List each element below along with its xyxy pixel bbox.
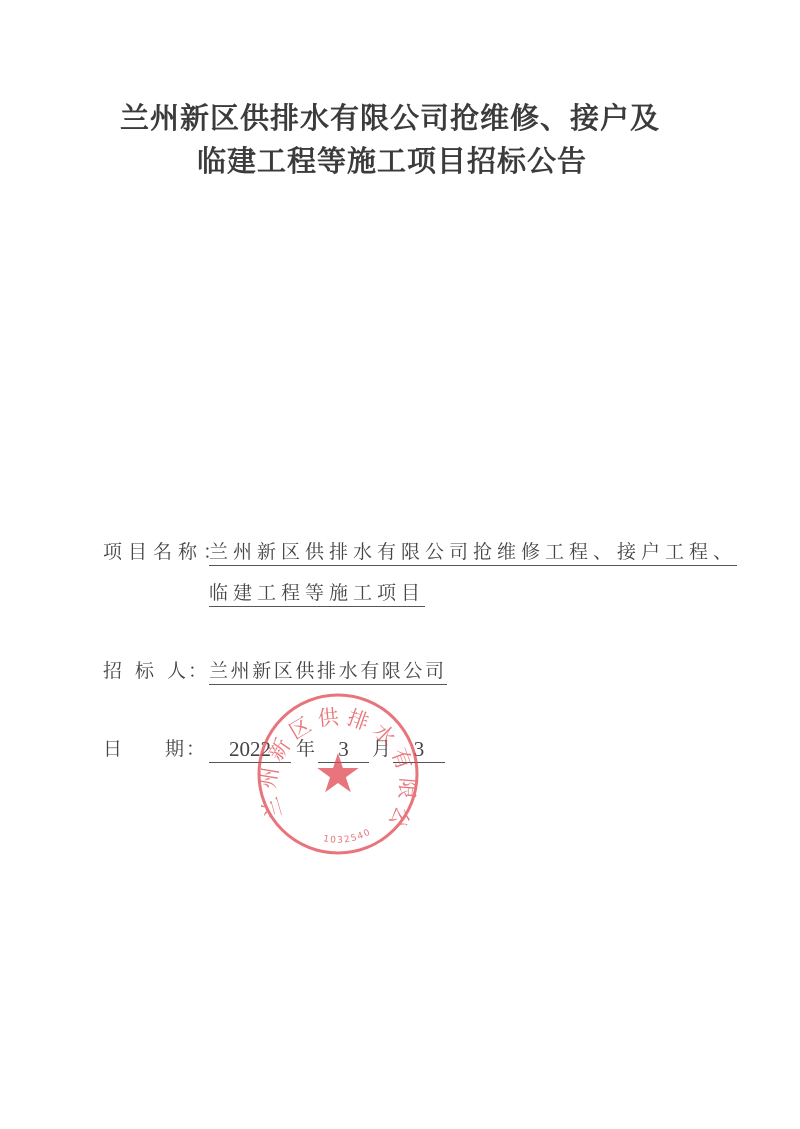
seal-serial-number: 1032540 (322, 827, 373, 846)
tenderer-label-char-3: 人： (167, 659, 209, 683)
document-title-line-2: 临建工程等施工项目招标公告 (197, 144, 587, 178)
official-seal-stamp: 兰州新区供排水有限公司 ★ 1032540 (256, 692, 420, 856)
document-title-line-1: 兰州新区供排水有限公司抢维修、接户及 (120, 101, 660, 135)
date-day: 3 (393, 737, 445, 763)
date-month: 3 (318, 737, 369, 763)
date-label-char-2: 期： (165, 737, 207, 761)
project-name-value-line-2: 临建工程等施工项目 (209, 581, 425, 607)
date-label-char-1: 日 (103, 737, 122, 761)
project-name-row: 项目名称： 兰州新区供排水有限公司抢维修工程、接户工程、 临建工程等施工项目 (0, 540, 800, 610)
tenderer-row: 招 标 人： 兰州新区供排水有限公司 (0, 659, 800, 689)
date-row: 日 期： 2022 年 3 月 3 (0, 737, 800, 767)
tenderer-label-char-1: 招 (103, 659, 122, 683)
date-year-unit: 年 (296, 737, 315, 761)
tenderer-label-char-2: 标 (135, 659, 154, 683)
date-month-unit: 月 (372, 737, 391, 761)
date-year: 2022 (209, 737, 291, 763)
project-name-value-line-1: 兰州新区供排水有限公司抢维修工程、接户工程、 (209, 540, 737, 566)
tenderer-value: 兰州新区供排水有限公司 (209, 659, 447, 685)
